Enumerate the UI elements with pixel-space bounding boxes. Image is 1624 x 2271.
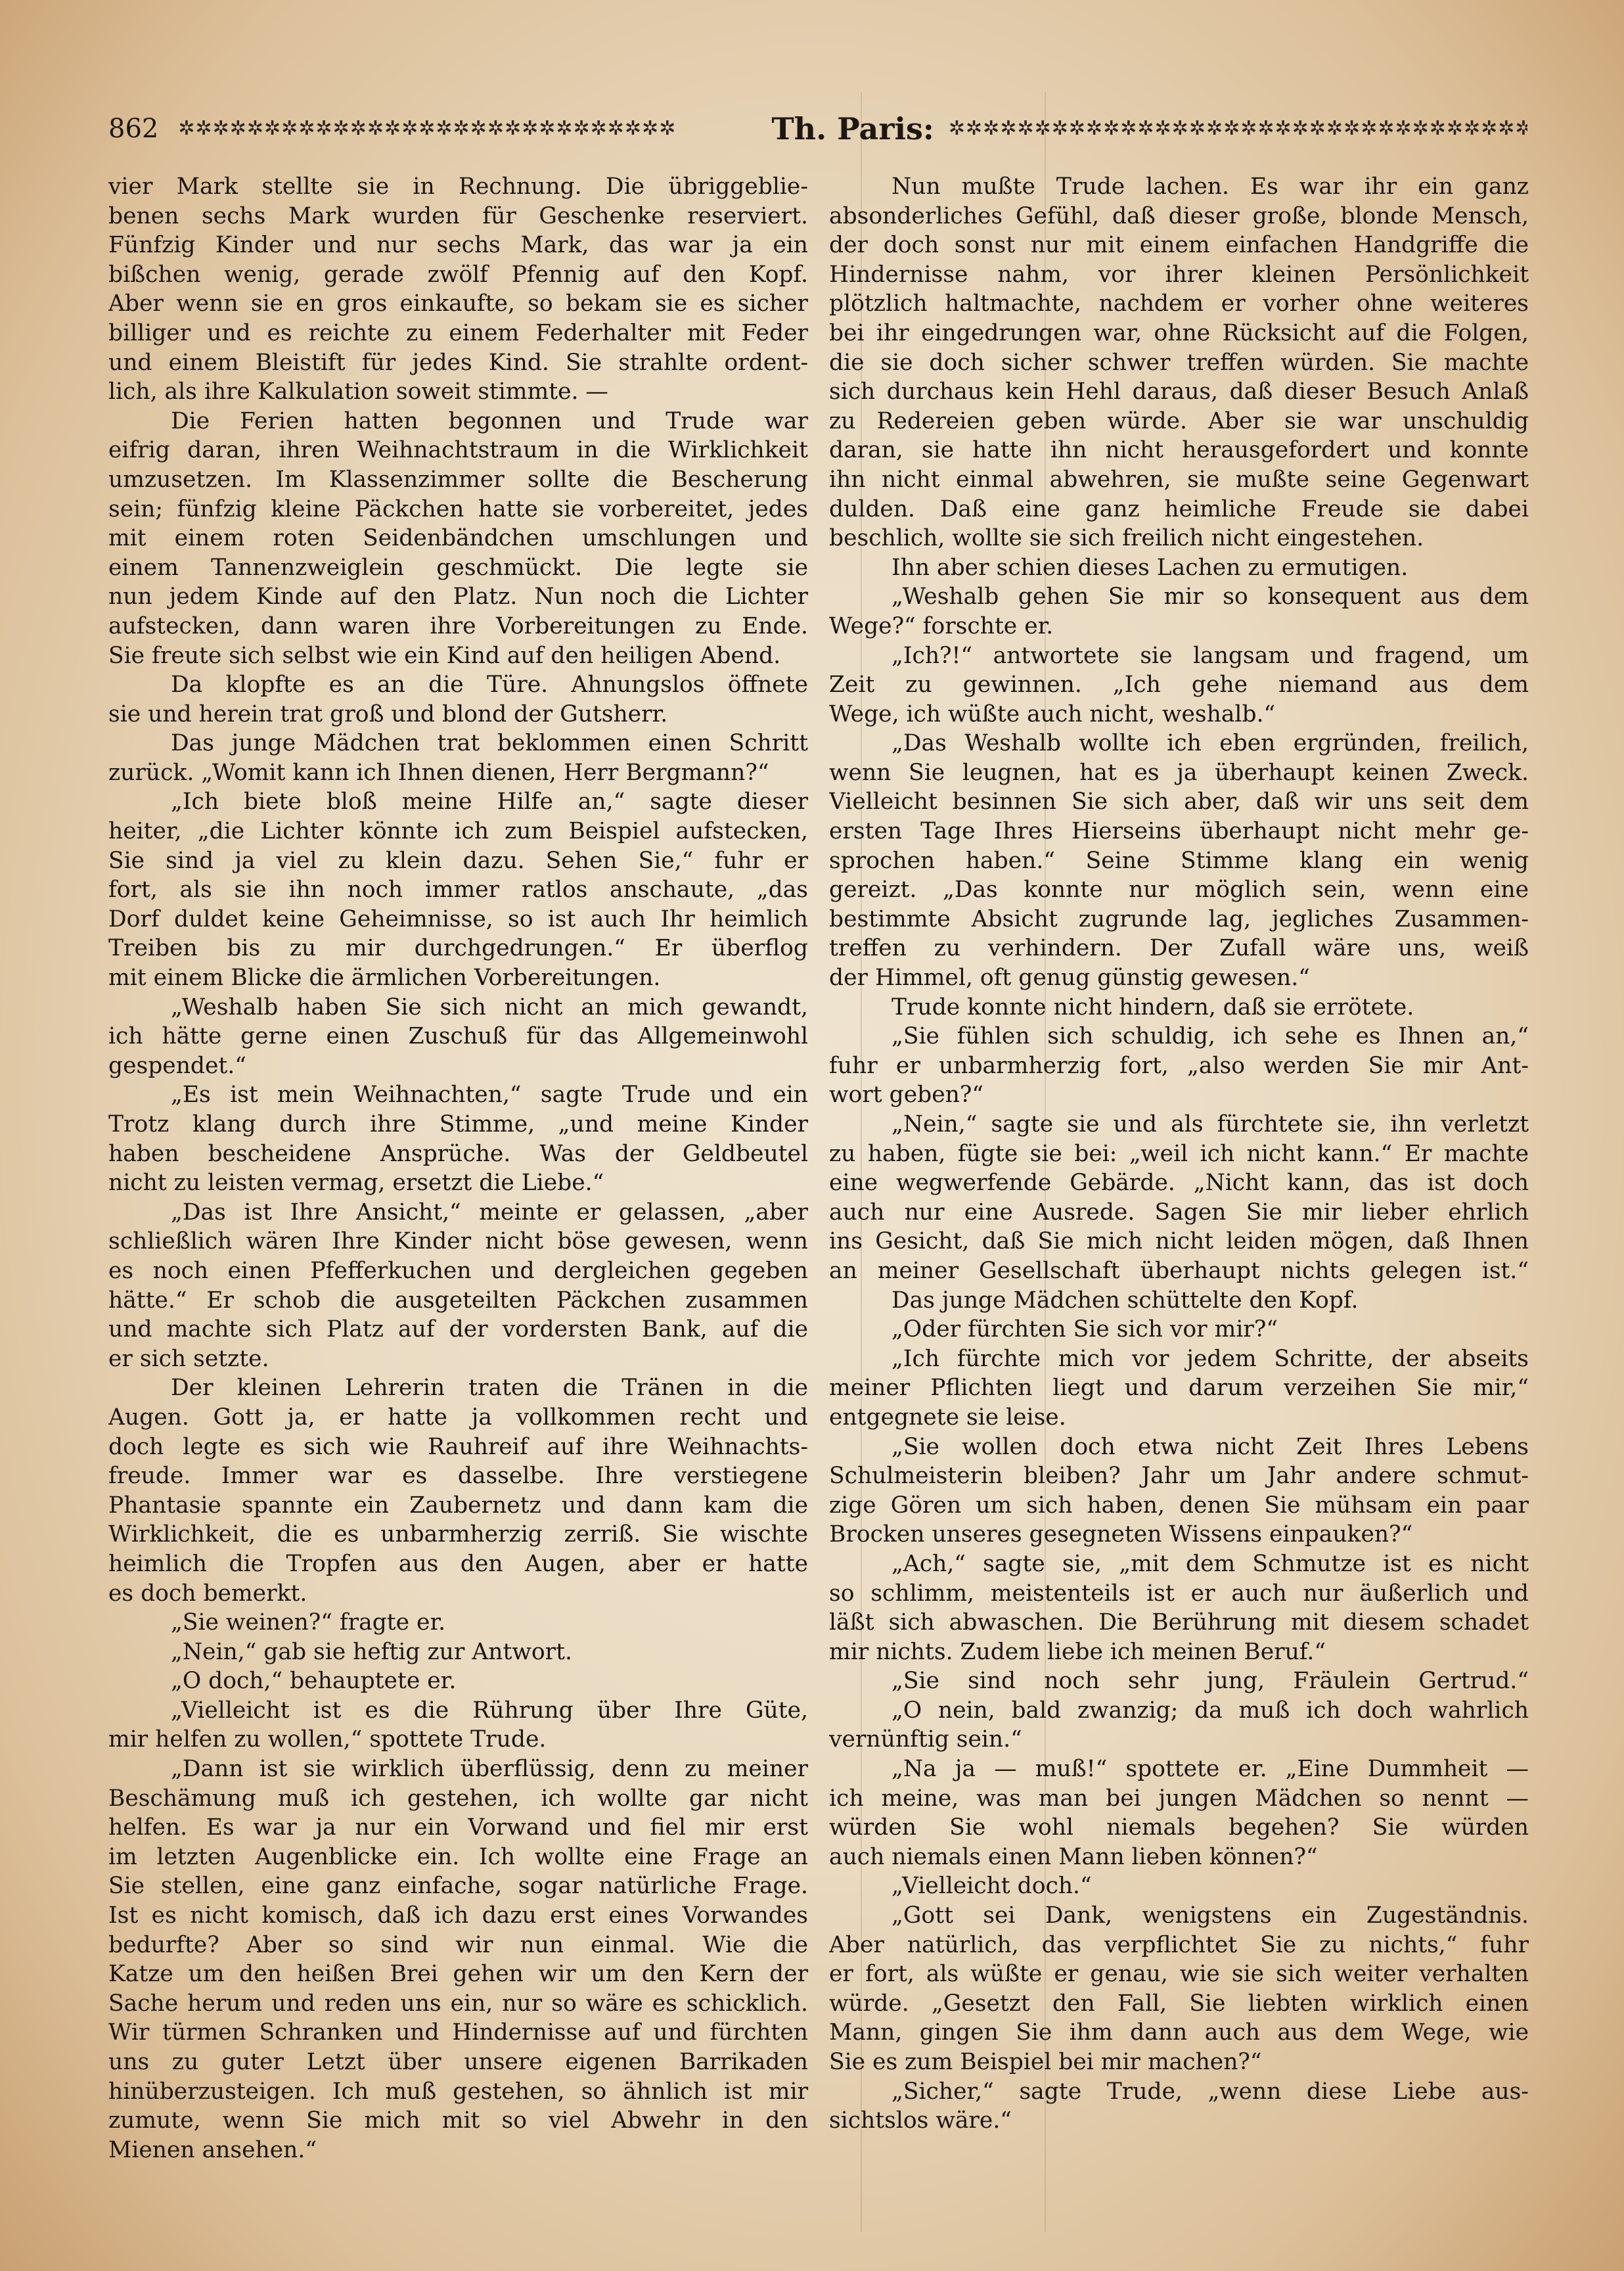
text-line: „Weshalb gehen Sie mir so konsequent aus…: [829, 582, 1529, 612]
text-line: läßt sich abwaschen. Die Berührung mit d…: [829, 1608, 1529, 1638]
text-line: doch legte es sich wie Rauhreif auf ihre…: [108, 1433, 808, 1462]
text-line: Aber wenn sie en gros einkaufte, so beka…: [108, 289, 808, 319]
text-line: „Nein,“ gab sie heftig zur Antwort.: [108, 1638, 808, 1667]
text-line: ich meine, was man bei jungen Mädchen so…: [829, 1784, 1529, 1814]
text-line: absonderliches Gefühl, daß dieser große,…: [829, 202, 1529, 231]
text-line: „Na ja — muß!“ spottete er. „Eine Dummhe…: [829, 1755, 1529, 1784]
text-line: helfen. Es war ja nur ein Vorwand und fi…: [108, 1813, 808, 1843]
running-header: 862 ✲✲✲✲✲✲✲✲✲✲✲✲✲✲✲✲✲✲✲✲✲✲✲✲✲✲✲✲✲ Th. Pa…: [108, 109, 1527, 149]
text-line: schließlich wären Ihre Kinder nicht böse…: [108, 1227, 808, 1256]
text-line: Sie stellen, eine ganz einfache, sogar n…: [108, 1871, 808, 1901]
text-line: Trotz klang durch ihre Stimme, „und mein…: [108, 1110, 808, 1139]
scanned-page: 862 ✲✲✲✲✲✲✲✲✲✲✲✲✲✲✲✲✲✲✲✲✲✲✲✲✲✲✲✲✲ Th. Pa…: [0, 0, 1624, 2271]
text-line: umzusetzen. Im Klassenzimmer sollte die …: [108, 465, 808, 495]
text-column-left: vier Mark stellte sie in Rechnung. Die ü…: [108, 172, 808, 2165]
text-line: würden Sie wohl niemals begehen? Sie wür…: [829, 1813, 1529, 1843]
text-line: auch nur eine Ausrede. Sagen Sie mir lie…: [829, 1198, 1529, 1227]
text-line: Nun mußte Trude lachen. Es war ihr ein g…: [829, 172, 1529, 202]
text-line: vier Mark stellte sie in Rechnung. Die ü…: [108, 172, 808, 202]
text-line: Wege, ich wüßte auch nicht, weshalb.“: [829, 700, 1529, 729]
text-line: meiner Pflichten liegt und darum verzeih…: [829, 1373, 1529, 1403]
text-line: Treiben bis zu mir durchgedrungen.“ Er ü…: [108, 934, 808, 963]
text-line: beschlich, wollte sie sich freilich nich…: [829, 524, 1529, 553]
text-line: er sich setzte.: [108, 1344, 808, 1374]
text-line: zu Redereien geben würde. Aber sie war u…: [829, 407, 1529, 436]
text-line: Wege?“ forschte er.: [829, 612, 1529, 641]
text-line: fort, als sie ihn noch immer ratlos ansc…: [108, 875, 808, 905]
text-line: mit einem Blicke die ärmlichen Vorbereit…: [108, 963, 808, 993]
text-line: „O doch,“ behauptete er.: [108, 1666, 808, 1696]
text-line: Sie es zum Beispiel bei mir machen?“: [829, 2048, 1529, 2077]
text-line: wort geben?“: [829, 1080, 1529, 1110]
text-line: uns zu guter Letzt über unsere eigenen B…: [108, 2048, 808, 2077]
text-line: Sache herum und reden uns ein, nur so wä…: [108, 1989, 808, 2019]
text-line: mit einem roten Seidenbändchen umschlung…: [108, 524, 808, 553]
page-number: 862: [108, 114, 158, 144]
text-line: Brocken unseres gesegneten Wissens einpa…: [829, 1520, 1529, 1549]
text-line: Ihn aber schien dieses Lachen zu ermutig…: [829, 553, 1529, 583]
text-line: „Das Weshalb wollte ich eben ergründen, …: [829, 729, 1529, 758]
text-line: wenn Sie leugnen, hat es ja überhaupt ke…: [829, 758, 1529, 788]
text-line: er fort, als wüßte er genau, wie sie sic…: [829, 1960, 1529, 1989]
text-line: vernünftig sein.“: [829, 1725, 1529, 1755]
text-line: ersten Tage Ihres Hierseins überhaupt ni…: [829, 817, 1529, 846]
text-line: „Ich fürchte mich vor jedem Schritte, de…: [829, 1344, 1529, 1374]
text-line: „Vielleicht ist es die Rührung über Ihre…: [108, 1696, 808, 1726]
text-line: entgegnete sie leise.: [829, 1403, 1529, 1433]
text-line: plötzlich haltmachte, nachdem er vorher …: [829, 289, 1529, 319]
text-line: Ist es nicht komisch, daß ich dazu erst …: [108, 1901, 808, 1931]
text-line: Das junge Mädchen schüttelte den Kopf.: [829, 1286, 1529, 1316]
text-line: sie und herein trat groß und blond der G…: [108, 700, 808, 729]
text-line: Aber natürlich, das verpflichtet Sie zu …: [829, 1931, 1529, 1960]
text-line: Phantasie spannte ein Zaubernetz und dan…: [108, 1491, 808, 1521]
text-line: zige Gören um sich haben, denen Sie mühs…: [829, 1491, 1529, 1521]
text-line: freude. Immer war es dasselbe. Ihre vers…: [108, 1461, 808, 1491]
text-line: der Himmel, oft genug günstig gewesen.“: [829, 963, 1529, 993]
text-line: „Ich biete bloß meine Hilfe an,“ sagte d…: [108, 787, 808, 817]
text-line: zurück. „Womit kann ich Ihnen dienen, He…: [108, 758, 808, 788]
text-line: „Ich?!“ antwortete sie langsam und frage…: [829, 641, 1529, 671]
ornament-rule-right: ✲✲✲✲✲✲✲✲✲✲✲✲✲✲✲✲✲✲✲✲✲✲✲✲✲✲✲✲✲✲✲✲✲✲✲: [949, 119, 1527, 139]
text-line: lich, als ihre Kalkulation soweit stimmt…: [108, 377, 808, 407]
text-line: im letzten Augenblicke ein. Ich wollte e…: [108, 1843, 808, 1872]
text-line: gereizt. „Das konnte nur möglich sein, w…: [829, 875, 1529, 905]
text-line: haben bescheidene Ansprüche. Was der Gel…: [108, 1139, 808, 1169]
text-line: bißchen wenig, gerade zwölf Pfennig auf …: [108, 260, 808, 290]
text-line: heimlich die Tropfen aus den Augen, aber…: [108, 1549, 808, 1579]
text-line: mir helfen zu wollen,“ spottete Trude.: [108, 1725, 808, 1755]
text-line: bei ihr eingedrungen war, ohne Rücksicht…: [829, 319, 1529, 348]
text-line: billiger und es reichte zu einem Federha…: [108, 319, 808, 348]
text-line: daran, sie hatte ihn nicht herausgeforde…: [829, 436, 1529, 465]
text-line: der doch sonst nur mit einem einfachen H…: [829, 231, 1529, 260]
text-line: „Vielleicht doch.“: [829, 1871, 1529, 1901]
text-line: die sie doch sicher schwer treffen würde…: [829, 348, 1529, 378]
text-line: „O nein, bald zwanzig; da muß ich doch w…: [829, 1696, 1529, 1726]
text-line: aufstecken, dann waren ihre Vorbereitung…: [108, 612, 808, 641]
text-line: benen sechs Mark wurden für Geschenke re…: [108, 202, 808, 231]
text-line: Hindernisse nahm, vor ihrer kleinen Pers…: [829, 260, 1529, 290]
text-line: bedurfte? Aber so sind wir nun einmal. W…: [108, 1931, 808, 1960]
text-line: zu haben, fügte sie bei: „weil ich nicht…: [829, 1139, 1529, 1169]
text-line: Das junge Mädchen trat beklommen einen S…: [108, 729, 808, 758]
text-line: Schulmeisterin bleiben? Jahr um Jahr and…: [829, 1461, 1529, 1491]
text-line: nicht zu leisten vermag, ersetzt die Lie…: [108, 1168, 808, 1198]
text-line: „Dann ist sie wirklich überflüssig, denn…: [108, 1755, 808, 1784]
text-line: Sie sind ja viel zu klein dazu. Sehen Si…: [108, 846, 808, 876]
text-line: sichtslos wäre.“: [829, 2106, 1529, 2136]
text-line: so schlimm, meistenteils ist er auch nur…: [829, 1579, 1529, 1609]
text-line: Wirklichkeit, die es unbarmherzig zerriß…: [108, 1520, 808, 1549]
text-line: Die Ferien hatten begonnen und Trude war: [108, 407, 808, 436]
text-line: ich hätte gerne einen Zuschuß für das Al…: [108, 1022, 808, 1051]
text-line: dulden. Daß eine ganz heimliche Freude s…: [829, 495, 1529, 524]
text-line: heiter, „die Lichter könnte ich zum Beis…: [108, 817, 808, 846]
text-line: „Es ist mein Weihnachten,“ sagte Trude u…: [108, 1080, 808, 1110]
text-line: Mann, gingen Sie ihm dann auch aus dem W…: [829, 2018, 1529, 2048]
text-line: Trude konnte nicht hindern, daß sie errö…: [829, 993, 1529, 1022]
text-line: treffen zu verhindern. Der Zufall wäre u…: [829, 934, 1529, 963]
text-line: Katze um den heißen Brei gehen wir um de…: [108, 1960, 808, 1989]
text-line: ins Gesicht, daß Sie mich nicht leiden m…: [829, 1227, 1529, 1256]
text-line: auch niemals einen Mann lieben können?“: [829, 1843, 1529, 1872]
text-line: Sie freute sich selbst wie ein Kind auf …: [108, 641, 808, 671]
text-line: an meiner Gesellschaft überhaupt nichts …: [829, 1256, 1529, 1286]
text-line: Augen. Gott ja, er hatte ja vollkommen r…: [108, 1403, 808, 1433]
text-line: „Oder fürchten Sie sich vor mir?“: [829, 1315, 1529, 1344]
text-line: eifrig daran, ihren Weihnachtstraum in d…: [108, 436, 808, 465]
text-line: Der kleinen Lehrerin traten die Tränen i…: [108, 1373, 808, 1403]
text-line: „Sie fühlen sich schuldig, ich sehe es I…: [829, 1022, 1529, 1051]
text-line: mir nichts. Zudem liebe ich meinen Beruf…: [829, 1638, 1529, 1667]
text-line: ihn nicht einmal abwehren, sie mußte sei…: [829, 465, 1529, 495]
text-line: sich durchaus kein Hehl daraus, daß dies…: [829, 377, 1529, 407]
text-line: Beschämung muß ich gestehen, ich wollte …: [108, 1784, 808, 1814]
text-line: Mienen ansehen.“: [108, 2136, 808, 2165]
text-line: einem Tannenzweiglein geschmückt. Die le…: [108, 553, 808, 583]
text-line: „Ach,“ sagte sie, „mit dem Schmutze ist …: [829, 1549, 1529, 1579]
text-line: hätte.“ Er schob die ausgeteilten Päckch…: [108, 1286, 808, 1316]
text-line: Vielleicht besinnen Sie sich aber, daß w…: [829, 787, 1529, 817]
text-line: „Weshalb haben Sie sich nicht an mich ge…: [108, 993, 808, 1022]
text-line: „Sicher,“ sagte Trude, „wenn diese Liebe…: [829, 2077, 1529, 2107]
ornament-rule-left: ✲✲✲✲✲✲✲✲✲✲✲✲✲✲✲✲✲✲✲✲✲✲✲✲✲✲✲✲✲: [178, 119, 757, 139]
text-line: „Sie sind noch sehr jung, Fräulein Gertr…: [829, 1666, 1529, 1696]
text-line: „Das ist Ihre Ansicht,“ meinte er gelass…: [108, 1198, 808, 1227]
text-line: und einem Bleistift für jedes Kind. Sie …: [108, 348, 808, 378]
text-line: hinüberzusteigen. Ich muß gestehen, so ä…: [108, 2077, 808, 2107]
text-line: „Sie weinen?“ fragte er.: [108, 1608, 808, 1638]
text-line: Fünfzig Kinder und nur sechs Mark, das w…: [108, 231, 808, 260]
text-line: würde. „Gesetzt den Fall, Sie liebten wi…: [829, 1989, 1529, 2019]
text-line: Da klopfte es an die Türe. Ahnungslos öf…: [108, 670, 808, 700]
text-line: sprochen haben.“ Seine Stimme klang ein …: [829, 846, 1529, 876]
text-line: nun jedem Kinde auf den Platz. Nun noch …: [108, 582, 808, 612]
text-line: und machte sich Platz auf der vordersten…: [108, 1315, 808, 1344]
text-line: es noch einen Pfefferkuchen und dergleic…: [108, 1256, 808, 1286]
running-title: Th. Paris:: [771, 111, 934, 147]
text-line: bestimmte Absicht zugrunde lag, jegliche…: [829, 905, 1529, 934]
text-line: eine wegwerfende Gebärde. „Nicht kann, d…: [829, 1168, 1529, 1198]
text-line: es doch bemerkt.: [108, 1579, 808, 1609]
text-line: zumute, wenn Sie mich mit so viel Abwehr…: [108, 2106, 808, 2136]
text-line: Wir türmen Schranken und Hindernisse auf…: [108, 2018, 808, 2048]
text-line: Zeit zu gewinnen. „Ich gehe niemand aus …: [829, 670, 1529, 700]
text-line: „Gott sei Dank, wenigstens ein Zugeständ…: [829, 1901, 1529, 1931]
text-line: gespendet.“: [108, 1051, 808, 1081]
text-line: „Sie wollen doch etwa nicht Zeit Ihres L…: [829, 1433, 1529, 1462]
text-line: Dorf duldet keine Geheimnisse, so ist au…: [108, 905, 808, 934]
text-column-right: Nun mußte Trude lachen. Es war ihr ein g…: [829, 172, 1529, 2136]
text-line: fuhr er unbarmherzig fort, „also werden …: [829, 1051, 1529, 1081]
text-line: „Nein,“ sagte sie und als fürchtete sie,…: [829, 1110, 1529, 1139]
text-line: sein; fünfzig kleine Päckchen hatte sie …: [108, 495, 808, 524]
